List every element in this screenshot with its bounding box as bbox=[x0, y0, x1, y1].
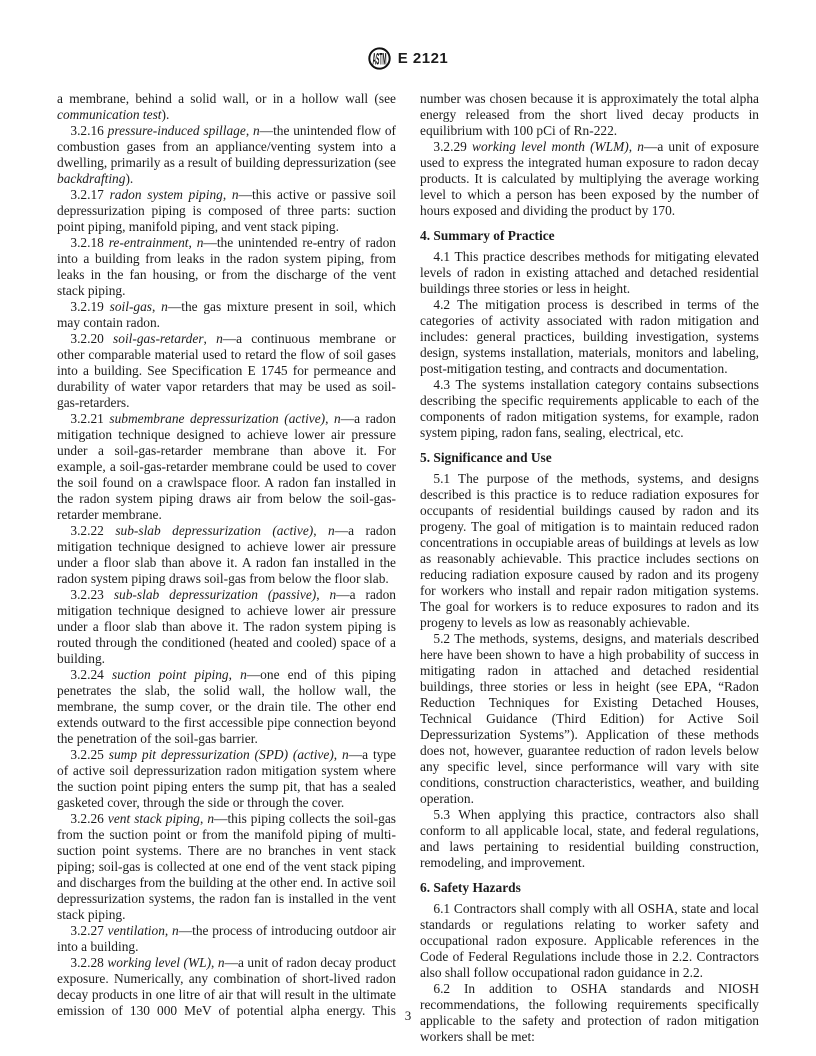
term-italic: re-entrainment bbox=[109, 235, 189, 250]
text-run: ). bbox=[125, 171, 133, 186]
text-run: , bbox=[334, 747, 342, 762]
text-run: 5.3 When applying this practice, contrac… bbox=[420, 807, 759, 870]
text-run: —this piping collects the soil-gas from … bbox=[57, 811, 396, 922]
term-italic: n bbox=[334, 411, 341, 426]
term-italic: backdrafting bbox=[57, 171, 125, 186]
text-run: 3.2.24 bbox=[70, 667, 112, 682]
page-header: ASTM E 2121 bbox=[0, 46, 816, 70]
text-run: , bbox=[313, 523, 328, 538]
text-run: 3.2.18 bbox=[70, 235, 108, 250]
text-run: , bbox=[204, 331, 217, 346]
term-italic: n bbox=[637, 139, 644, 154]
text-run: 3.2.21 bbox=[70, 411, 109, 426]
text-run: 3.2.28 bbox=[70, 955, 107, 970]
text-run: 3.2.20 bbox=[70, 331, 113, 346]
paragraph: 3.2.19 soil-gas, n—the gas mixture prese… bbox=[57, 299, 396, 331]
text-run: 3.2.23 bbox=[70, 587, 113, 602]
text-run: 3.2.25 bbox=[70, 747, 108, 762]
text-run: number was chosen because it is approxim… bbox=[420, 91, 759, 138]
term-italic: n bbox=[342, 747, 349, 762]
text-run: 3.2.22 bbox=[70, 523, 115, 538]
text-run: 3.2.16 bbox=[70, 123, 107, 138]
text-run: 3.2.19 bbox=[70, 299, 109, 314]
paragraph: 3.2.18 re-entrainment, n—the unintended … bbox=[57, 235, 396, 299]
section-heading: 5. Significance and Use bbox=[420, 450, 759, 466]
paragraph: 3.2.24 suction point piping, n—one end o… bbox=[57, 667, 396, 747]
paragraph: 3.2.29 working level month (WLM), n—a un… bbox=[420, 139, 759, 219]
term-italic: radon system piping bbox=[110, 187, 223, 202]
paragraph: 5.1 The purpose of the methods, systems,… bbox=[420, 471, 759, 631]
svg-text:ASTM: ASTM bbox=[372, 49, 386, 68]
term-italic: working level month (WLM) bbox=[472, 139, 629, 154]
page-footer: 3 bbox=[0, 1008, 816, 1024]
text-run: , bbox=[316, 587, 329, 602]
text-run: 4.1 This practice describes methods for … bbox=[420, 249, 759, 296]
paragraph: 3.2.27 ventilation, n—the process of int… bbox=[57, 923, 396, 955]
term-italic: sub-slab depressurization (active) bbox=[115, 523, 313, 538]
two-column-body: a membrane, behind a solid wall, or in a… bbox=[0, 91, 816, 1045]
doc-number: E 2121 bbox=[398, 50, 449, 67]
text-run: , bbox=[223, 187, 232, 202]
term-italic: n bbox=[253, 123, 260, 138]
paragraph: 5.3 When applying this practice, contrac… bbox=[420, 807, 759, 871]
column-right: number was chosen because it is approxim… bbox=[420, 91, 759, 1045]
paragraph: 3.2.16 pressure-induced spillage, n—the … bbox=[57, 123, 396, 187]
term-italic: vent stack piping bbox=[108, 811, 200, 826]
paragraph: 4.1 This practice describes methods for … bbox=[420, 249, 759, 297]
term-italic: working level (WL) bbox=[107, 955, 211, 970]
text-run: 3.2.26 bbox=[70, 811, 108, 826]
term-italic: n bbox=[172, 923, 179, 938]
term-italic: submembrane depressurization (active) bbox=[109, 411, 325, 426]
text-run: 3.2.27 bbox=[70, 923, 107, 938]
paragraph: number was chosen because it is approxim… bbox=[420, 91, 759, 139]
term-italic: n bbox=[240, 667, 247, 682]
term-italic: n bbox=[216, 331, 223, 346]
paragraph: 3.2.23 sub-slab depressurization (passiv… bbox=[57, 587, 396, 667]
paragraph: 4.3 The systems installation category co… bbox=[420, 377, 759, 441]
text-run: 4.2 The mitigation process is described … bbox=[420, 297, 759, 376]
text-run: , bbox=[165, 923, 172, 938]
section-heading: 4. Summary of Practice bbox=[420, 228, 759, 244]
text-run: 4.3 The systems installation category co… bbox=[420, 377, 759, 440]
term-italic: soil-gas-retarder bbox=[113, 331, 204, 346]
text-run: , bbox=[629, 139, 637, 154]
term-italic: n bbox=[218, 955, 225, 970]
document-page: ASTM E 2121 a membrane, behind a solid w… bbox=[0, 0, 816, 1056]
text-run: , bbox=[211, 955, 218, 970]
term-italic: n bbox=[232, 187, 239, 202]
text-run: 3.2.29 bbox=[433, 139, 472, 154]
paragraph: 3.2.22 sub-slab depressurization (active… bbox=[57, 523, 396, 587]
text-run: , bbox=[152, 299, 161, 314]
term-italic: sump pit depressurization (SPD) (active) bbox=[109, 747, 334, 762]
text-run: , bbox=[325, 411, 334, 426]
term-italic: n bbox=[328, 523, 335, 538]
term-italic: suction point piping bbox=[112, 667, 229, 682]
paragraph: a membrane, behind a solid wall, or in a… bbox=[57, 91, 396, 123]
paragraph: 3.2.17 radon system piping, n—this activ… bbox=[57, 187, 396, 235]
term-italic: pressure-induced spillage bbox=[108, 123, 246, 138]
text-run: 6.1 Contractors shall comply with all OS… bbox=[420, 901, 759, 980]
paragraph: 6.1 Contractors shall comply with all OS… bbox=[420, 901, 759, 981]
paragraph: 4.2 The mitigation process is described … bbox=[420, 297, 759, 377]
text-run: 5.1 The purpose of the methods, systems,… bbox=[420, 471, 759, 630]
column-left: a membrane, behind a solid wall, or in a… bbox=[57, 91, 396, 1045]
text-run: 3.2.17 bbox=[70, 187, 109, 202]
paragraph: 3.2.26 vent stack piping, n—this piping … bbox=[57, 811, 396, 923]
paragraph: 3.2.20 soil-gas-retarder, n—a continuous… bbox=[57, 331, 396, 411]
paragraph: 3.2.25 sump pit depressurization (SPD) (… bbox=[57, 747, 396, 811]
text-run: a membrane, behind a solid wall, or in a… bbox=[57, 91, 396, 106]
term-italic: soil-gas bbox=[110, 299, 152, 314]
section-heading: 6. Safety Hazards bbox=[420, 880, 759, 896]
text-run: , bbox=[229, 667, 240, 682]
term-italic: sub-slab depressurization (passive) bbox=[114, 587, 316, 602]
text-run: , bbox=[189, 235, 197, 250]
term-italic: communication test bbox=[57, 107, 162, 122]
page-number: 3 bbox=[405, 1008, 412, 1023]
text-run: ). bbox=[162, 107, 170, 122]
paragraph: 3.2.21 submembrane depressurization (act… bbox=[57, 411, 396, 523]
term-italic: ventilation bbox=[108, 923, 165, 938]
text-run: —a radon mitigation technique designed t… bbox=[57, 411, 396, 522]
text-run: 5.2 The methods, systems, designs, and m… bbox=[420, 631, 759, 806]
paragraph: 5.2 The methods, systems, designs, and m… bbox=[420, 631, 759, 807]
astm-logo-icon: ASTM bbox=[368, 47, 391, 70]
term-italic: n bbox=[161, 299, 168, 314]
text-run: , bbox=[246, 123, 253, 138]
